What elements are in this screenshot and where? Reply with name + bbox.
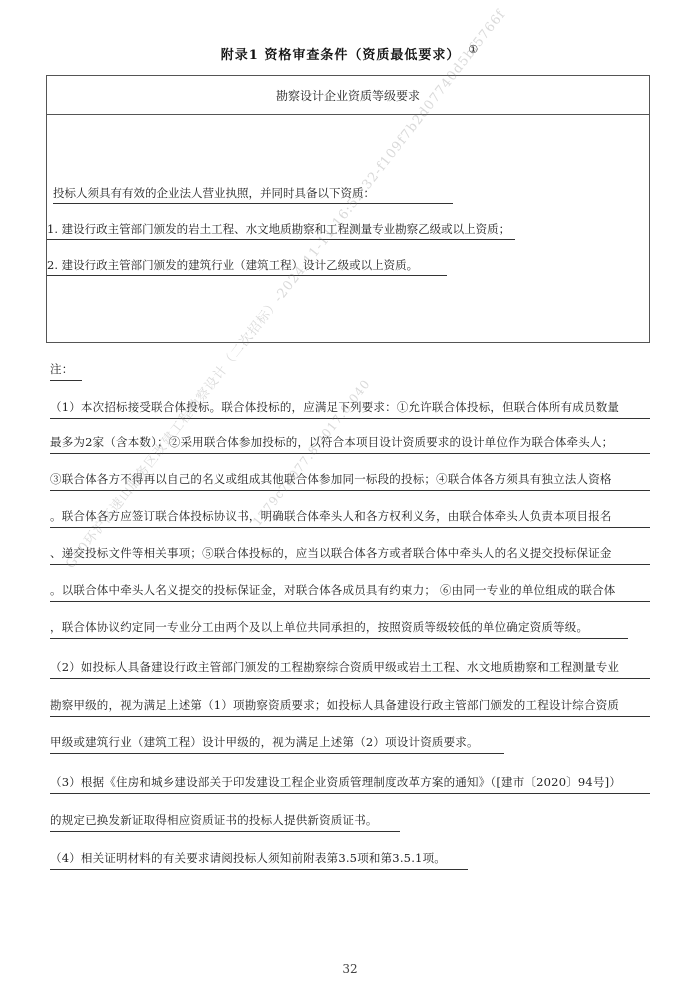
note-line: 。联合体各方应签订联合体投标协议书，明确联合体牵头人和各方权利义务，由联合体牵头… (50, 509, 650, 528)
note-line: ，联合体协议约定同一专业分工由两个及以上单位共同承担的，按照资质等级较低的单位确… (50, 620, 628, 639)
note-line: （4）相关证明材料的有关要求请阅投标人须知前附表第3.5项和第3.5.1项。 (50, 851, 468, 870)
qualification-table: 勘察设计企业资质等级要求 投标人须具有有效的企业法人营业执照，并同时具备以下资质… (46, 75, 650, 343)
table-line-intro: 投标人须具有有效的企业法人营业执照，并同时具备以下资质： (53, 186, 453, 204)
page-title: 附录1 资格审查条件（资质最低要求）① (0, 44, 700, 63)
footnote-mark: ① (468, 43, 479, 56)
notes-label: 注： (50, 362, 82, 381)
note-line: （3）根据《住房和城乡建设部关于印发建设工程企业资质管理制度改革方案的通知》（[… (50, 775, 650, 794)
note-line: ③联合体各方不得再以自己的名义或组成其他联合体参加同一标段的投标；④联合体各方须… (50, 472, 650, 491)
table-line-design: 2. 建设行政主管部门颁发的建筑行业（建筑工程）设计乙级或以上资质。 (47, 258, 447, 276)
note-line: 最多为2家（含本数）；②采用联合体参加投标的，以符合本项目设计资质要求的设计单位… (50, 435, 650, 454)
table-body: 投标人须具有有效的企业法人营业执照，并同时具备以下资质： 1. 建设行政主管部门… (47, 115, 649, 343)
table-line-survey: 1. 建设行政主管部门颁发的岩土工程、水文地质勘察和工程测量专业勘察乙级或以上资… (47, 222, 515, 240)
note-line: （2）如投标人具备建设行政主管部门颁发的工程勘察综合资质甲级或岩土工程、水文地质… (50, 660, 650, 679)
note-line: 甲级或建筑行业（建筑工程）设计甲级的，视为满足上述第（2）项设计资质要求。 (50, 735, 504, 754)
note-line: 的规定已换发新证取得相应资质证书的投标人提供新资质证书。 (50, 813, 400, 832)
page-number: 32 (0, 962, 700, 976)
note-line: （1）本次招标接受联合体投标。联合体投标的，应满足下列要求：①允许联合体投标，但… (50, 400, 650, 419)
title-text: 附录1 资格审查条件（资质最低要求） (221, 48, 461, 63)
note-line: 勘察甲级的，视为满足上述第（1）项勘察资质要求；如投标人具备建设行政主管部门颁发… (50, 698, 650, 717)
note-line: 、递交投标文件等相关事项；⑤联合体投标的，应当以联合体各方或者联合体中牵头人的名… (50, 546, 650, 565)
note-line: 。以联合体中牵头人名义提交的投标保证金，对联合体各成员具有约束力； ⑥由同一专业… (50, 583, 650, 602)
table-header: 勘察设计企业资质等级要求 (47, 76, 649, 115)
